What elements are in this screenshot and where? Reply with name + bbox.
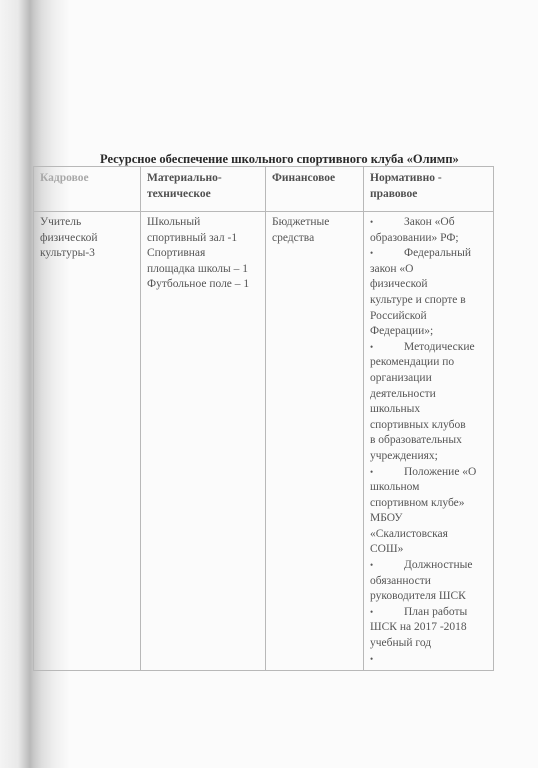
- legal-document-text-line: СОШ»: [370, 542, 487, 558]
- table-row: Учительфизическойкультуры-3 Школьныйспор…: [34, 212, 494, 671]
- legal-document-item: •Должностныеобязанностируководителя ШСК: [370, 558, 487, 605]
- legal-document-item: •Методическиерекомендации поорганизациид…: [370, 340, 487, 465]
- legal-document-text-line: учебный год: [370, 636, 487, 652]
- staff-text-line: культуры-3: [40, 246, 134, 262]
- legal-document-text-line: рекомендации по: [370, 355, 487, 371]
- bullet-icon: •: [370, 558, 404, 574]
- legal-document-text-line: деятельности: [370, 387, 487, 403]
- legal-document-text-line: школьных: [370, 402, 487, 418]
- material-text-line: Школьный: [147, 215, 259, 231]
- legal-document-title: Методические: [404, 341, 475, 353]
- bullet-icon: •: [370, 215, 404, 231]
- financial-text-line: Бюджетные: [272, 215, 357, 231]
- legal-document-item: •Закон «Обобразовании» РФ;: [370, 215, 487, 246]
- legal-document-title: План работы: [404, 606, 467, 618]
- header-financial: Финансовое: [266, 167, 364, 212]
- document-title: Ресурсное обеспечение школьного спортивн…: [100, 152, 480, 167]
- legal-document-item: •Федеральныйзакон «Офизическойкультуре и…: [370, 246, 487, 340]
- bullet-icon: •: [370, 605, 404, 621]
- legal-document-text-line: спортивных клубов: [370, 418, 487, 434]
- material-text-line: Футбольное поле – 1: [147, 277, 259, 293]
- legal-document-text-line: закон «О: [370, 262, 487, 278]
- legal-document-title: Должностные: [404, 559, 472, 571]
- legal-document-text-line: культуре и спорте в: [370, 293, 487, 309]
- legal-document-text-line: МБОУ: [370, 511, 487, 527]
- legal-document-text-line: обязанности: [370, 574, 487, 590]
- legal-document-text-line: спортивном клубе»: [370, 496, 487, 512]
- legal-document-title: Закон «Об: [404, 216, 455, 228]
- legal-document-item: •Положение «Ошкольномспортивном клубе»МБ…: [370, 465, 487, 559]
- cell-staff: Учительфизическойкультуры-3: [34, 212, 141, 671]
- legal-document-text-line: «Скалистовская: [370, 527, 487, 543]
- table-header-row: Кадровое Материально-техническое Финансо…: [34, 167, 494, 212]
- legal-document-text-line: организации: [370, 371, 487, 387]
- legal-documents-list: •Закон «Обобразовании» РФ;•Федеральныйза…: [370, 215, 487, 667]
- bullet-icon: •: [370, 652, 404, 668]
- resource-table: Кадровое Материально-техническое Финансо…: [33, 166, 494, 671]
- bullet-icon: •: [370, 340, 404, 356]
- legal-document-text-line: Российской: [370, 309, 487, 325]
- legal-document-text-line: физической: [370, 277, 487, 293]
- material-text-line: Спортивная: [147, 246, 259, 262]
- legal-document-title: Положение «О: [404, 466, 476, 478]
- header-staff: Кадровое: [34, 167, 141, 212]
- header-legal: Нормативно - правовое: [364, 167, 494, 212]
- staff-text-line: Учитель: [40, 215, 134, 231]
- financial-text-line: средства: [272, 231, 357, 247]
- legal-document-text-line: учреждениях;: [370, 449, 487, 465]
- legal-document-text-line: Федерации»;: [370, 324, 487, 340]
- header-material: Материально-техническое: [141, 167, 266, 212]
- legal-document-text-line: образовании» РФ;: [370, 231, 487, 247]
- cell-legal: •Закон «Обобразовании» РФ;•Федеральныйза…: [364, 212, 494, 671]
- header-material-line: техническое: [147, 186, 259, 202]
- legal-document-text-line: в образовательных: [370, 433, 487, 449]
- material-text-line: спортивный зал -1: [147, 231, 259, 247]
- legal-document-item: •: [370, 652, 487, 668]
- header-material-line: Материально-: [147, 170, 259, 186]
- legal-document-text-line: ШСК на 2017 -2018: [370, 620, 487, 636]
- cell-financial: Бюджетныесредства: [266, 212, 364, 671]
- staff-text-line: физической: [40, 231, 134, 247]
- legal-document-text-line: школьном: [370, 480, 487, 496]
- material-text-line: площадка школы – 1: [147, 262, 259, 278]
- legal-document-title: Федеральный: [404, 247, 471, 259]
- bullet-icon: •: [370, 465, 404, 481]
- legal-document-item: •План работыШСК на 2017 -2018учебный год: [370, 605, 487, 652]
- bullet-icon: •: [370, 246, 404, 262]
- legal-document-text-line: руководителя ШСК: [370, 589, 487, 605]
- cell-material: Школьныйспортивный зал -1Спортивнаяплоща…: [141, 212, 266, 671]
